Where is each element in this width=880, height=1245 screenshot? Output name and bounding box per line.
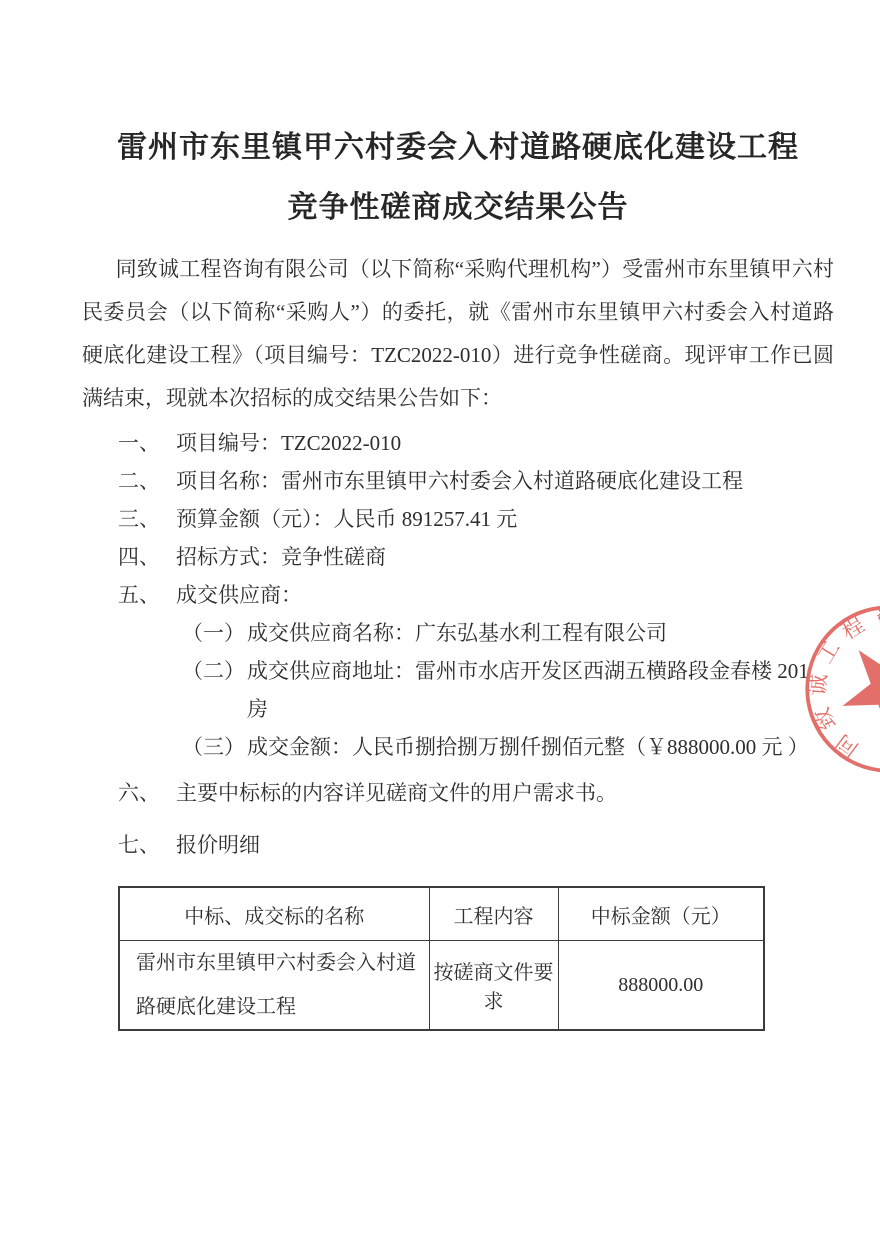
- item-number: （二）: [182, 652, 245, 728]
- list-subitem-deal-amount: （三）成交金额：人民币捌拾捌万捌仟捌佰元整（￥888000.00 元 ）: [82, 728, 834, 766]
- item-number: 五、: [118, 576, 176, 614]
- intro-paragraph: 同致诚工程咨询有限公司（以下简称“采购代理机构”）受雷州市东里镇甲六村民委员会（…: [82, 248, 834, 420]
- item-text: 项目名称：雷州市东里镇甲六村委会入村道路硬底化建设工程: [176, 462, 834, 500]
- item-number: 四、: [118, 538, 176, 576]
- document-page: 雷州市东里镇甲六村委会入村道路硬底化建设工程 竞争性磋商成交结果公告 同致诚工程…: [0, 0, 880, 1245]
- list-item-quote-detail: 七、报价明细: [82, 826, 834, 864]
- list-item-tender-method: 四、招标方式：竞争性磋商: [82, 538, 834, 576]
- item-number: 三、: [118, 500, 176, 538]
- quote-table-header-row: 中标、成交标的名称 工程内容 中标金额（元）: [119, 887, 764, 941]
- table-header-bid-amount: 中标金额（元）: [558, 887, 764, 941]
- list-subitem-supplier-name: （一）成交供应商名称：广东弘基水利工程有限公司: [82, 614, 834, 652]
- table-header-bid-name: 中标、成交标的名称: [119, 887, 429, 941]
- document-content: 雷州市东里镇甲六村委会入村道路硬底化建设工程 竞争性磋商成交结果公告 同致诚工程…: [0, 0, 880, 1031]
- table-cell-bid-name: 雷州市东里镇甲六村委会入村道路硬底化建设工程: [119, 941, 429, 1031]
- item-text: 成交供应商：: [176, 576, 834, 614]
- item-number: 一、: [118, 424, 176, 462]
- list-item-winning-supplier: 五、成交供应商：: [82, 576, 834, 614]
- item-text: 预算金额（元）：人民币 891257.41 元: [176, 500, 834, 538]
- table-header-work-content: 工程内容: [429, 887, 558, 941]
- item-number: 七、: [118, 826, 176, 864]
- doc-title-line2: 竞争性磋商成交结果公告: [82, 186, 834, 230]
- item-text: 主要中标标的内容详见磋商文件的用户需求书。: [176, 774, 834, 812]
- quote-table: 中标、成交标的名称 工程内容 中标金额（元） 雷州市东里镇甲六村委会入村道路硬底…: [118, 886, 765, 1031]
- item-text: 成交供应商名称：广东弘基水利工程有限公司: [247, 614, 834, 652]
- list-item-budget: 三、预算金额（元）：人民币 891257.41 元: [82, 500, 834, 538]
- list-item-project-number: 一、项目编号：TZC2022-010: [82, 424, 834, 462]
- item-text: 招标方式：竞争性磋商: [176, 538, 834, 576]
- table-cell-bid-amount: 888000.00: [558, 941, 764, 1031]
- doc-title-line1: 雷州市东里镇甲六村委会入村道路硬底化建设工程: [82, 0, 834, 170]
- announcement-list: 一、项目编号：TZC2022-010 二、项目名称：雷州市东里镇甲六村委会入村道…: [82, 424, 834, 864]
- item-text: 报价明细: [176, 826, 834, 864]
- list-item-main-content: 六、主要中标标的内容详见磋商文件的用户需求书。: [82, 774, 834, 812]
- item-number: 六、: [118, 774, 176, 812]
- list-subitem-supplier-address: （二）成交供应商地址：雷州市水店开发区西湖五横路段金春楼 201 房: [82, 652, 834, 728]
- item-number: （一）: [182, 614, 245, 652]
- item-text: 成交金额：人民币捌拾捌万捌仟捌佰元整（￥888000.00 元 ）: [247, 728, 834, 766]
- table-cell-work-content: 按磋商文件要求: [429, 941, 558, 1031]
- item-number: （三）: [182, 728, 245, 766]
- list-item-project-name: 二、项目名称：雷州市东里镇甲六村委会入村道路硬底化建设工程: [82, 462, 834, 500]
- item-text: 成交供应商地址：雷州市水店开发区西湖五横路段金春楼 201 房: [247, 652, 834, 728]
- item-text: 项目编号：TZC2022-010: [176, 424, 834, 462]
- item-number: 二、: [118, 462, 176, 500]
- quote-table-data-row: 雷州市东里镇甲六村委会入村道路硬底化建设工程 按磋商文件要求 888000.00: [119, 941, 764, 1031]
